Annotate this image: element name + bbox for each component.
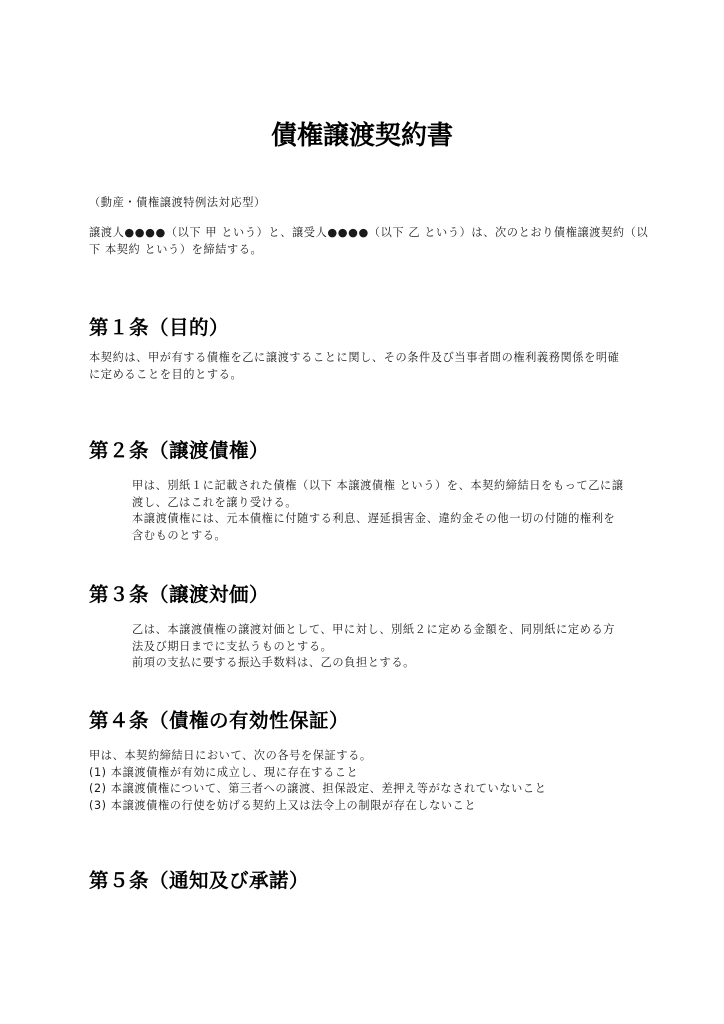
article-4-body: 甲は、本契約締結日において、次の各号を保証する。 (1) 本譲渡債権が有効に成立… <box>89 748 547 814</box>
article-line: 甲は、別紙１に記載された債権（以下 本譲渡債権 という）を、本契約締結日をもって… <box>132 478 624 495</box>
article-line: 本譲渡債権には、元本債権に付随する利息、遅延損害金、違約金その他一切の付随的権利… <box>132 511 624 528</box>
article-3-heading: 第３条（譲渡対価） <box>89 582 269 608</box>
document-page: 債権譲渡契約書 （動産・債権譲渡特例法対応型） 譲渡人●●●●（以下 甲 という… <box>0 0 724 1024</box>
article-line: 甲は、本契約締結日において、次の各号を保証する。 <box>89 748 547 765</box>
article-line: (1) 本譲渡債権が有効に成立し、現に存在すること <box>89 765 547 782</box>
article-line: に定めることを目的とする。 <box>89 367 619 384</box>
article-2-heading: 第２条（譲渡債権） <box>89 438 269 464</box>
article-line: 法及び期日までに支払うものとする。 <box>132 639 615 656</box>
document-title: 債権譲渡契約書 <box>0 119 724 153</box>
article-3-body: 乙は、本譲渡債権の譲渡対価として、甲に対し、別紙２に定める金額を、同別紙に定める… <box>132 622 615 672</box>
preamble-line: 譲渡人●●●●（以下 甲 という）と、譲受人●●●●（以下 乙 という）は、次の… <box>89 225 648 242</box>
article-line: 前項の支払に要する振込手数料は、乙の負担とする。 <box>132 655 615 672</box>
preamble: 譲渡人●●●●（以下 甲 という）と、譲受人●●●●（以下 乙 という）は、次の… <box>89 225 648 258</box>
article-line: 本契約は、甲が有する債権を乙に譲渡することに関し、その条件及び当事者間の権利義務… <box>89 350 619 367</box>
article-1-heading: 第１条（目的） <box>89 315 229 341</box>
article-2-body: 甲は、別紙１に記載された債権（以下 本譲渡債権 という）を、本契約締結日をもって… <box>132 478 624 544</box>
preamble-line: 下 本契約 という）を締結する。 <box>89 242 648 259</box>
article-line: 渡し、乙はこれを譲り受ける。 <box>132 495 624 512</box>
article-5-heading: 第５条（通知及び承諾） <box>89 868 309 894</box>
document-subtitle: （動産・債権譲渡特例法対応型） <box>89 195 266 212</box>
article-line: 含むものとする。 <box>132 528 624 545</box>
article-line: (2) 本譲渡債権について、第三者への譲渡、担保設定、差押え等がなされていないこ… <box>89 781 547 798</box>
article-line: (3) 本譲渡債権の行使を妨げる契約上又は法令上の制限が存在しないこと <box>89 798 547 815</box>
article-line: 乙は、本譲渡債権の譲渡対価として、甲に対し、別紙２に定める金額を、同別紙に定める… <box>132 622 615 639</box>
article-1-body: 本契約は、甲が有する債権を乙に譲渡することに関し、その条件及び当事者間の権利義務… <box>89 350 619 383</box>
article-4-heading: 第４条（債権の有効性保証） <box>89 708 349 734</box>
